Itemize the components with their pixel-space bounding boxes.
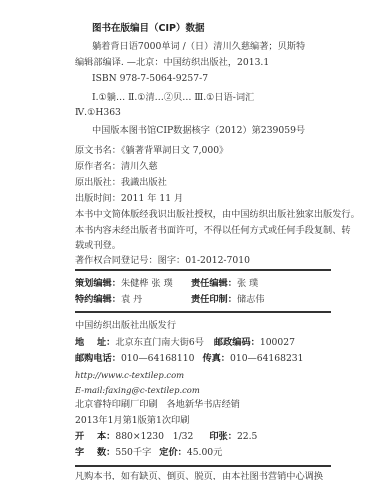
license-statement: 本书中文简体版经我识出版社授权，由中国纺织出版社独家出版发行。 [75,209,360,221]
price-value: 45.00元 [187,447,223,458]
website-link[interactable]: http://www.c-textilep.com [75,369,184,381]
print-supervisor: 责任印制：储志伟 [191,294,265,306]
special-editor: 特约编辑：袁 丹 [75,294,142,306]
issuer: 中国纺织出版社出版发行 [75,320,176,332]
words-value: 550千字 [115,447,151,458]
address-label: 地 址： [75,337,115,348]
email-link[interactable]: E-mail:faxing@c-textilep.com [75,384,200,396]
cip-number: 中国版本图书馆CIP数据核字（2012）第239059号 [92,125,305,137]
planning-editor: 策划编辑：朱健桦 张 璞 [75,278,173,290]
address-row: 地 址：北京东直门南大街6号邮政编码：100027 [75,337,295,349]
fax-value: 010—64168231 [230,353,304,364]
sheets-label: 印张： [209,431,237,442]
cip-subjects-line2: Ⅳ.①H363 [75,107,121,119]
phone-label: 邮购电话： [75,353,121,364]
address-value: 北京东直门南大街6号 [115,337,204,348]
rights-line1: 本书内容未经出版者书面许可，不得以任何方式或任何手段复制、转 [75,225,351,237]
print-supervisor-label: 责任印制： [191,294,237,305]
original-publisher: 原出版社：我識出版社 [75,177,167,189]
format-label: 开 本： [75,431,115,442]
copyright-registration: 著作权合同登记号：图字：01-2012-7010 [75,255,250,267]
print-supervisor-value: 储志伟 [237,294,265,305]
postcode-label: 邮政编码： [214,337,260,348]
planning-editor-label: 策划编辑： [75,278,121,289]
cip-isbn: ISBN 978-7-5064-9257-7 [92,73,208,85]
words-label: 字 数： [75,447,115,458]
divider-top [75,269,331,271]
sheets-value: 22.5 [237,431,257,442]
cip-subjects-line1: Ⅰ.①躺… Ⅱ.①清…②贝… Ⅲ.①日语-词汇 [92,92,254,104]
divider-bottom [75,465,331,467]
phone-value: 010—64168110 [121,353,195,364]
cip-heading: 图书在版编目（CIP）数据 [92,23,204,35]
cip-title-line1: 躺着背日语7000单词 /（日）清川久慈编著；贝斯特 [92,41,305,53]
cip-title-line2: 编辑部编译. —北京：中国纺织出版社，2013.1 [75,57,269,69]
postcode-value: 100027 [260,337,295,348]
responsible-editor-value: 张 璞 [237,278,258,289]
printer-info: 北京睿特印刷厂印刷 各地新华书店经销 [75,399,240,411]
original-author: 原作者名：清川久慈 [75,161,158,173]
rights-line2: 载或刊登。 [75,240,121,252]
defect-notice: 凡购本书，如有缺页、倒页、脱页，由本社图书营销中心调换 [75,471,323,480]
price-label: 定价： [159,447,187,458]
planning-editor-value: 朱健桦 张 璞 [121,278,173,289]
responsible-editor: 责任编辑：张 璞 [191,278,258,290]
original-date: 出版时间：2011 年 11 月 [75,193,183,205]
divider-middle [75,311,331,313]
responsible-editor-label: 责任编辑： [191,278,237,289]
edition-info: 2013年1月第1版第1次印刷 [75,415,189,427]
words-row: 字 数：550千字定价：45.00元 [75,447,222,459]
fax-label: 传真： [202,353,230,364]
copyright-page: 图书在版编目（CIP）数据 躺着背日语7000单词 /（日）清川久慈编著；贝斯特… [0,0,390,480]
original-title: 原文书名：《躺著背單詞日文 7,000》 [75,145,228,157]
special-editor-label: 特约编辑： [75,294,121,305]
phone-row: 邮购电话：010—64168110传真：010—64168231 [75,353,304,365]
format-row: 开 本：880×1230 1/32印张：22.5 [75,431,257,443]
format-value: 880×1230 1/32 [115,431,193,442]
special-editor-value: 袁 丹 [121,294,142,305]
